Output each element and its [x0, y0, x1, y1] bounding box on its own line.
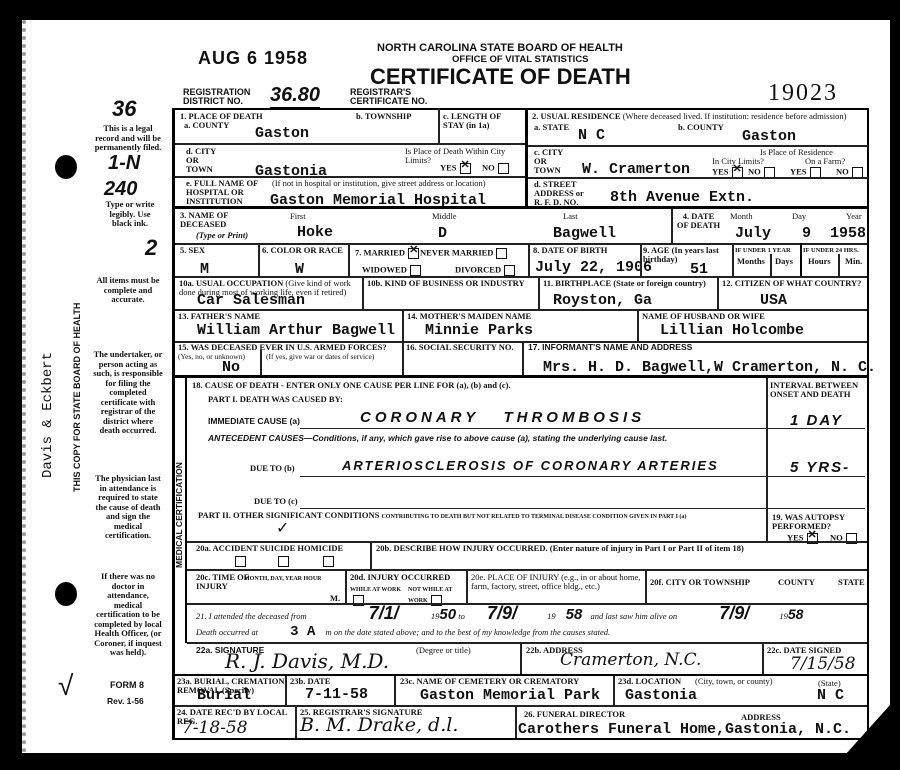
last-name-label: Last [563, 212, 578, 221]
physician-signature: R. J. Davis, M.D. [225, 653, 389, 669]
residence-label: 2. USUAL RESIDENCE (Where deceased lived… [532, 112, 846, 121]
residence-county: Gaston [742, 129, 796, 145]
injury-county-label: COUNTY [778, 578, 815, 587]
death-city-label: d. CITY OR TOWN [186, 147, 226, 174]
certificate-number: 19023 [768, 80, 838, 107]
last-name: Bagwell [553, 226, 616, 242]
citizen-label: 12. CITIZEN OF WHAT COUNTRY? [722, 279, 861, 288]
check-mark: √ [58, 670, 73, 702]
name-hint: (Type or Print) [196, 231, 248, 240]
date-signed: 7/15/58 [790, 656, 856, 672]
suicide-checkbox[interactable] [275, 556, 289, 567]
punch-hole [55, 582, 77, 606]
physician-note: The physician last in attendance is requ… [92, 474, 164, 541]
received-stamp: AUG 6 1958 [198, 48, 308, 69]
margin-note: 2 [145, 235, 157, 261]
within-limits-no[interactable]: NO [482, 163, 509, 174]
burial-date-label: 23b. DATE [290, 677, 330, 686]
death-day-label: Day [792, 212, 806, 221]
accident-checkbox[interactable] [232, 556, 246, 567]
part-two-label: PART II. OTHER SIGNIFICANT CONDITIONS CO… [198, 511, 686, 522]
immediate-cause: CORONARY THROMBOSIS [360, 410, 645, 426]
no-doctor-note: If there was no doctor in attendance, me… [92, 572, 164, 658]
injury-state-label: STATE [838, 578, 865, 587]
residence-city: W. Cramerton [582, 162, 690, 178]
minutes-label: Min. [845, 257, 862, 266]
form-revision: Rev. 1-56 [107, 696, 144, 706]
married-checkbox[interactable]: 7. MARRIED [355, 248, 419, 259]
injury-city-label: 20f. CITY OR TOWNSHIP [650, 578, 750, 587]
death-occurred-statement: Death occurred at 3 A m on the date stat… [196, 628, 610, 637]
due-to-c-label: DUE TO (c) [254, 497, 298, 506]
residence-city-label: c. CITY OR TOWN [534, 148, 574, 175]
father-label: 13. FATHER'S NAME [178, 312, 260, 321]
death-year: 1958 [830, 226, 866, 242]
armed-service-hint: (If yes, give war or dates of service) [266, 352, 374, 361]
items-note: All items must be complete and accurate. [92, 276, 164, 305]
birth-date-label: 8. DATE OF BIRTH [533, 246, 607, 255]
place-of-injury-label: 20e. PLACE OF INJURY (e.g., in or about … [471, 573, 641, 591]
margin-note: 1-N [108, 152, 140, 175]
homicide-checkbox[interactable] [320, 556, 334, 567]
registrar-cert-label: REGISTRAR'S CERTIFICATE NO. [350, 88, 470, 106]
date-of-death-label: 4. DATE OF DEATH [676, 212, 721, 230]
burial-location: Gastonia [625, 688, 697, 704]
injury-description-label: 20b. DESCRIBE HOW INJURY OCCURRED. (Ente… [376, 544, 744, 553]
burial-date: 7-11-58 [305, 687, 368, 703]
cemetery-label: 23c. NAME OF CEMETERY OR CREMATORY [400, 677, 579, 686]
ssn-label: 16. SOCIAL SECURITY NO. [406, 343, 514, 352]
race-label: 6. COLOR OR RACE [262, 246, 343, 255]
occupation: Car Salesman [197, 293, 305, 309]
informant: Mrs. H. D. Bagwell,W Cramerton, N. C. [543, 360, 876, 376]
due-to-b-label: DUE TO (b) [250, 464, 295, 473]
institution-hint: (If not in hospital or institution, give… [272, 179, 486, 188]
within-limits-yes[interactable]: YES [440, 163, 471, 174]
registration-district-label: REGISTRATION DISTRICT NO. [183, 88, 273, 106]
form-number: FORM 8 [110, 680, 144, 690]
death-day: 9 [802, 226, 811, 242]
death-month: July [735, 226, 771, 242]
residence-street: 8th Avenue Extn. [610, 190, 754, 206]
legal-record-note: This is a legal record and will be perma… [92, 124, 164, 153]
township-label: b. TOWNSHIP [356, 112, 411, 121]
funeral-director-label: 26. FUNERAL DIRECTOR [524, 710, 625, 719]
attended-statement: 21. I attended the deceased from 7/1/ 19… [196, 609, 866, 621]
birthplace-label: 11. BIRTHPLACE (State or foreign country… [543, 279, 706, 288]
spouse-name: Lillian Holcombe [660, 323, 804, 339]
informant-label: 17. INFORMANT'S NAME AND ADDRESS [528, 343, 692, 352]
length-of-stay-label: c. LENGTH OF STAY (in 1a) [443, 112, 518, 130]
punch-hole [55, 155, 77, 179]
board-name: NORTH CAROLINA STATE BOARD OF HEALTH [377, 42, 623, 54]
immediate-interval: 1 DAY [790, 413, 843, 429]
funeral-director: Carothers Funeral Home,Gastonia, N.C. [518, 722, 851, 738]
margin-note: 36 [112, 96, 136, 122]
under-24-hours-label: IF UNDER 24 HRS. [803, 246, 859, 255]
mother-label: 14. MOTHER'S MAIDEN NAME [407, 312, 531, 321]
davis-eckbert-vertical: Davis & Eckbert [40, 352, 56, 478]
sex-label: 5. SEX [180, 246, 205, 255]
street-address-label: d. STREET ADDRESS or R. F. D. NO. [534, 180, 592, 207]
widowed-checkbox[interactable]: WIDOWED [362, 265, 421, 276]
degree-label: (Degree or title) [416, 646, 471, 655]
undertaker-note: The undertaker, or person acting as such… [92, 350, 164, 436]
time-of-injury-hint: MONTH, DAY, YEAR HOUR [244, 575, 322, 584]
immediate-cause-label: IMMEDIATE CAUSE (a) [208, 417, 300, 426]
armed-forces-label: 15. WAS DECEASED EVER IN U.S. ARMED FORC… [178, 343, 387, 352]
margin-note: 240 [104, 178, 137, 201]
first-name-label: First [290, 212, 306, 221]
first-name: Hoke [297, 225, 333, 241]
days-label: Days [775, 257, 793, 266]
accident-suicide-homicide-label: 20a. ACCIDENT SUICIDE HOMICIDE [196, 544, 343, 553]
on-farm-label: On a Farm? [805, 157, 845, 166]
armed-forces-value: No [222, 360, 240, 376]
cemetery-name: Gaston Memorial Park [420, 688, 600, 704]
date-received: 7-18-58 [182, 720, 248, 736]
check-mark: ✓ [276, 518, 289, 538]
name-label: 3. NAME OF DECEASED [180, 211, 250, 229]
due-to-b-interval: 5 YRS- [790, 460, 850, 476]
death-month-label: Month [730, 212, 753, 221]
death-year-label: Year [846, 212, 862, 221]
physician-address: Cramerton, N.C. [560, 652, 701, 668]
registrar-signature: B. M. Drake, d.l. [300, 717, 458, 733]
middle-name: D [438, 226, 447, 242]
burial-location-hint: (City, town, or county) [695, 677, 773, 686]
cause-of-death-label: 18. CAUSE OF DEATH - ENTER ONLY ONE CAUS… [192, 381, 511, 390]
never-married-checkbox[interactable]: NEVER MARRIED [420, 248, 507, 259]
business-label: 10b. KIND OF BUSINESS OR INDUSTRY [367, 279, 525, 288]
father-name: William Arthur Bagwell [197, 323, 395, 339]
injury-occurred-label: 20d. INJURY OCCURRED [350, 573, 450, 582]
burial-state: N C [817, 688, 844, 704]
residence-state-label: a. STATE [534, 123, 569, 132]
antecedent-causes-label: ANTECEDENT CAUSES—Conditions, if any, wh… [208, 434, 667, 443]
residence-county-label: b. COUNTY [678, 123, 724, 132]
hours-label: Hours [808, 257, 831, 266]
months-label: Months [737, 257, 765, 266]
death-county: Gaston [255, 126, 309, 142]
under-1-year-label: IF UNDER 1 YEAR [735, 246, 791, 255]
spouse-label: NAME OF HUSBAND OR WIFE [642, 312, 765, 321]
interval-label: INTERVAL BETWEEN ONSET AND DEATH [770, 381, 865, 399]
medical-certification-label: MEDICAL CERTIFICATION [174, 462, 184, 568]
divorced-checkbox[interactable]: DIVORCED [455, 265, 515, 276]
folded-corner [845, 705, 890, 755]
middle-name-label: Middle [432, 212, 457, 221]
county-label: a. COUNTY [184, 121, 229, 130]
birthplace: Royston, Ga [553, 293, 652, 309]
residence-state: N C [578, 128, 605, 144]
part-one-label: PART I. DEATH WAS CAUSED BY: [208, 395, 343, 404]
birth-date: July 22, 1906 [535, 260, 652, 276]
institution-label: e. FULL NAME OF HOSPITAL OR INSTITUTION [186, 179, 261, 206]
due-to-b-cause: ARTERIOSCLEROSIS OF CORONARY ARTERIES [342, 458, 719, 474]
burial-location-label: 23d. LOCATION [618, 677, 681, 686]
ink-note: Type or write legibly. Use black ink. [100, 200, 160, 229]
time-meridiem: M. [330, 594, 340, 603]
burial-type: Burial [197, 688, 251, 704]
citizen: USA [760, 293, 787, 309]
mother-name: Minnie Parks [425, 323, 533, 339]
copy-for-state-vertical: THIS COPY FOR STATE BOARD OF HEALTH [72, 292, 82, 492]
registration-district-value: 36.80 [270, 84, 320, 108]
age-label: 9. AGE (In years last birthday) [643, 246, 728, 264]
